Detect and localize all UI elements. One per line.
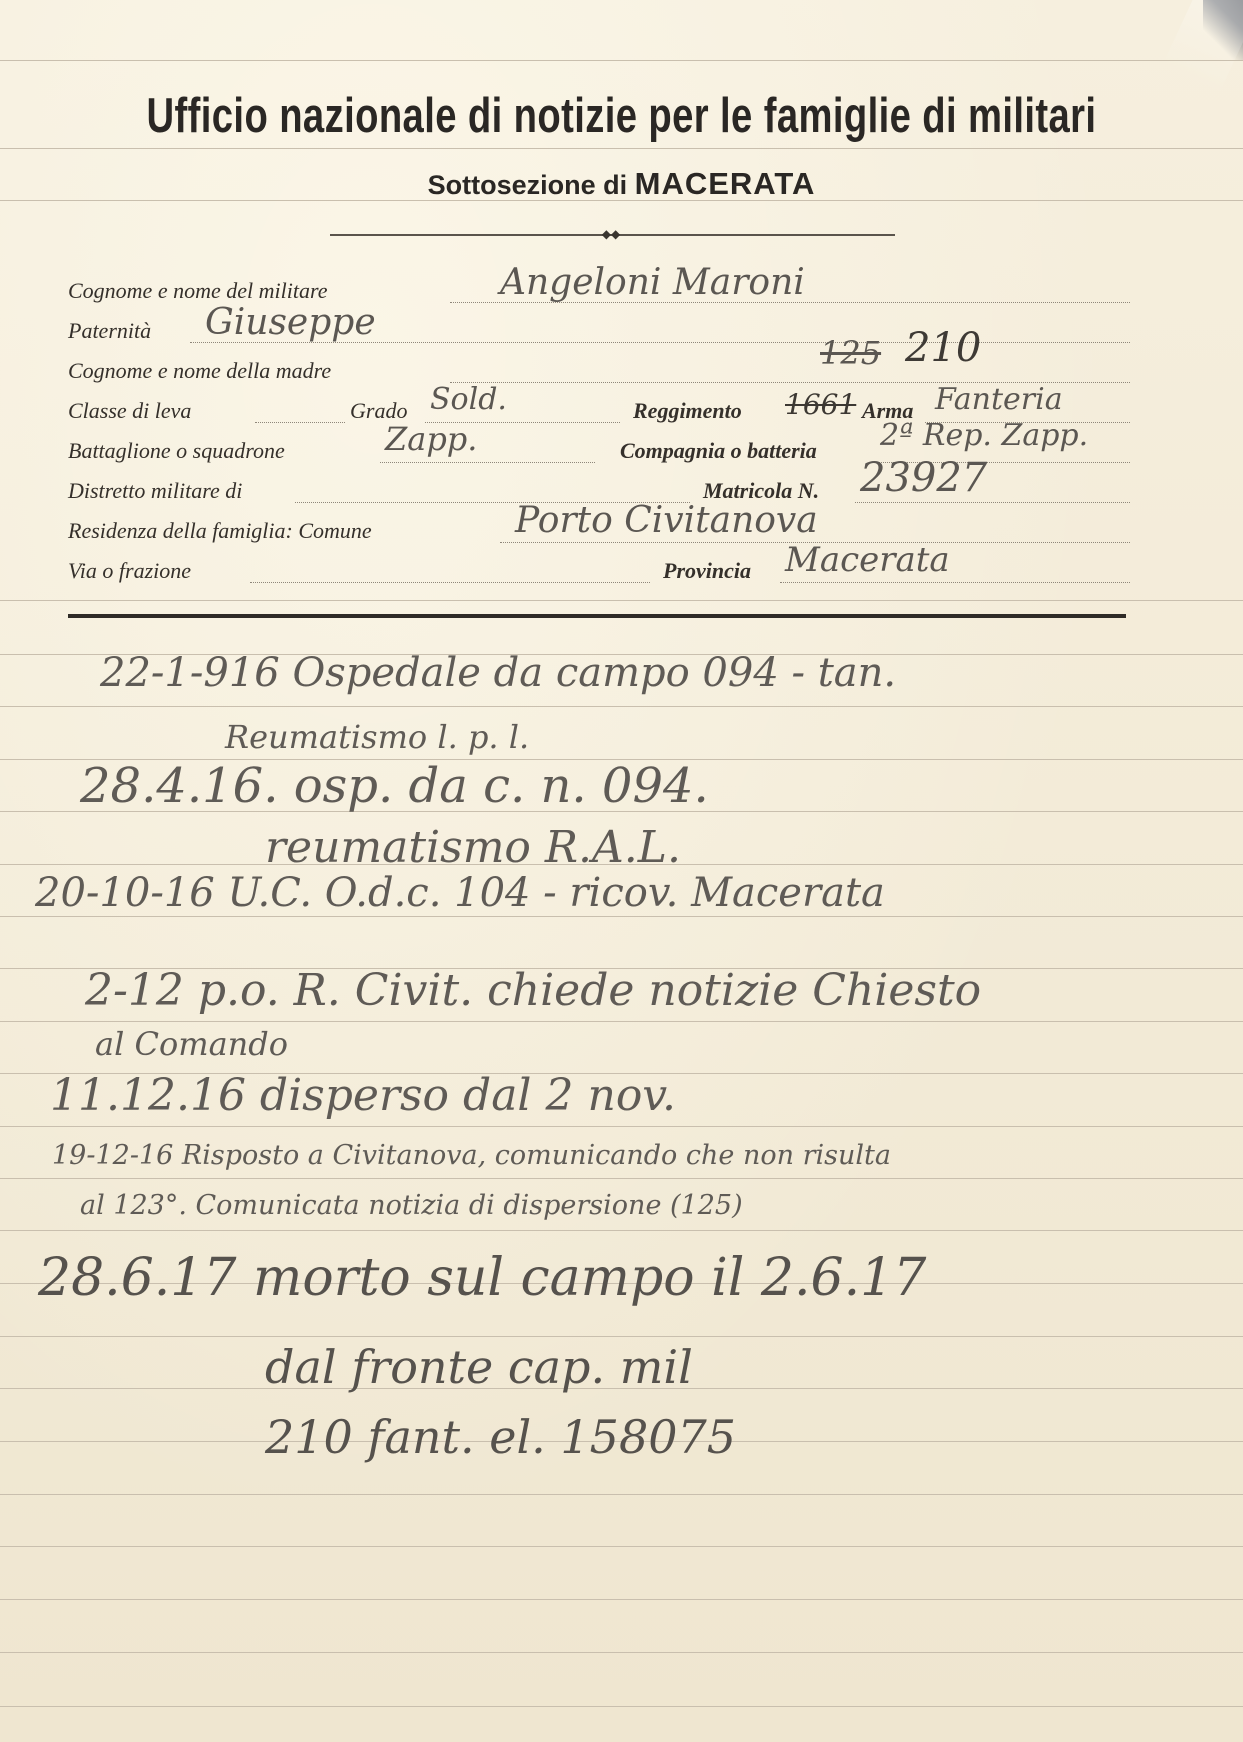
class-line — [255, 422, 345, 423]
mother-note: 210 — [905, 325, 981, 371]
ruled-line — [0, 916, 1243, 917]
battalion-line — [380, 462, 595, 463]
mother-note-struck: 125 — [820, 334, 881, 372]
residence-label: Residenza della famiglia: Comune — [68, 518, 372, 544]
note-line: 28.4.16. osp. da c. n. 094. — [80, 758, 709, 814]
note-line: Reumatismo l. p. l. — [225, 718, 529, 756]
rank-value: Sold. — [430, 382, 507, 417]
company-label: Compagnia o batteria — [620, 438, 817, 464]
note-line: 2-12 p.o. R. Civit. chiede notizie Chies… — [85, 965, 981, 1016]
subsection-city: MACERATA — [635, 166, 816, 201]
residence-value: Porto Civitanova — [515, 500, 818, 541]
paternity-label: Paternità — [68, 318, 151, 344]
section-divider — [68, 614, 1126, 618]
note-line: al Comando — [95, 1025, 288, 1063]
matricola-value: 23927 — [860, 455, 987, 501]
subsection-title: Sottosezione di MACERATA — [0, 166, 1243, 202]
ruled-line — [0, 600, 1243, 601]
ruled-line — [0, 1230, 1243, 1231]
ruled-line — [0, 1652, 1243, 1653]
street-line — [250, 582, 650, 583]
arm-value: Fanteria — [935, 382, 1063, 417]
class-label: Classe di leva — [68, 398, 191, 424]
scanned-form-page: Ufficio nazionale di notizie per le fami… — [0, 0, 1243, 1742]
note-line: reumatismo R.A.L. — [265, 822, 681, 873]
ruled-line — [0, 60, 1243, 61]
province-label: Provincia — [663, 558, 751, 584]
ruled-line — [0, 1546, 1243, 1547]
ruled-line — [0, 1021, 1243, 1022]
page-corner-fold — [1141, 0, 1243, 110]
company-value: 2ª Rep. Zapp. — [880, 418, 1088, 453]
name-value: Angeloni Maroni — [500, 262, 805, 303]
province-line — [780, 582, 1130, 583]
ornament-diamond-icon: ◆◆ — [600, 230, 622, 239]
note-line: 28.6.17 morto sul campo il 2.6.17 — [38, 1248, 926, 1308]
note-line: al 123°. Comunicata notizia di dispersio… — [80, 1190, 743, 1221]
district-label: Distretto militare di — [68, 478, 242, 504]
battalion-value: Zapp. — [385, 420, 477, 458]
note-line: 20-10-16 U.C. O.d.c. 104 - ricov. Macera… — [35, 870, 885, 916]
paternity-value: Giuseppe — [205, 302, 376, 343]
ruled-line — [0, 148, 1243, 149]
note-line: 19-12-16 Risposto a Civitanova, comunica… — [52, 1140, 891, 1171]
battalion-label: Battaglione o squadrone — [68, 438, 285, 464]
ruled-line — [0, 1178, 1243, 1179]
ruled-line — [0, 1706, 1243, 1707]
matricola-line — [855, 502, 1130, 503]
regiment-value-struck: 1661 — [785, 388, 856, 421]
note-line: dal fronte cap. mil — [265, 1340, 693, 1394]
office-title: Ufficio nazionale di notizie per le fami… — [137, 88, 1107, 144]
ruled-line — [0, 1494, 1243, 1495]
mother-label: Cognome e nome della madre — [68, 358, 331, 384]
street-label: Via o frazione — [68, 558, 191, 584]
note-line: 11.12.16 disperso dal 2 nov. — [50, 1070, 676, 1121]
ruled-line — [0, 1126, 1243, 1127]
ruled-line — [0, 1336, 1243, 1337]
note-line: 210 fant. el. 158075 — [265, 1410, 736, 1464]
ruled-line — [0, 706, 1243, 707]
name-label: Cognome e nome del militare — [68, 278, 327, 304]
ruled-line — [0, 1599, 1243, 1600]
subsection-prefix: Sottosezione di — [428, 170, 628, 200]
province-value: Macerata — [785, 540, 950, 580]
note-line: 22-1-916 Ospedale da campo 094 - tan. — [100, 650, 896, 696]
regiment-label: Reggimento — [633, 398, 742, 424]
